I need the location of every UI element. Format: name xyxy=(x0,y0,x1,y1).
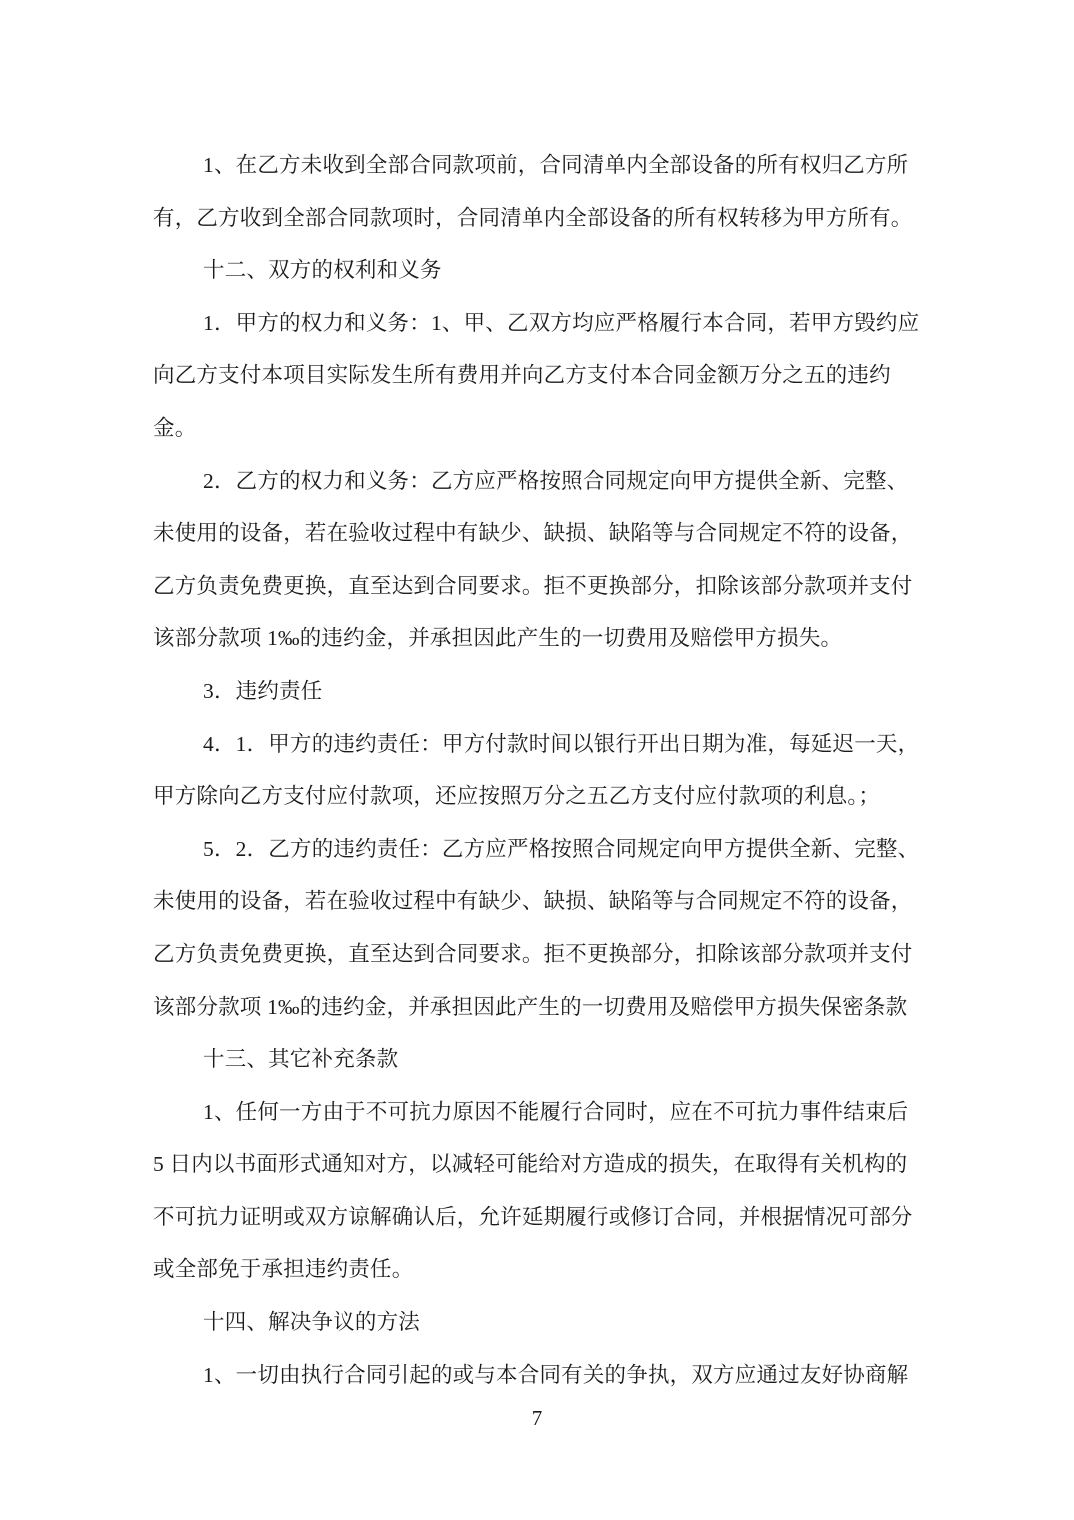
text-line: 该部分款项 1‰的违约金，并承担因此产生的一切费用及赔偿甲方损失保密条款 xyxy=(153,981,928,1034)
heading-line: 十二、双方的权利和义务 xyxy=(153,244,928,297)
text-line: 4．1．甲方的违约责任：甲方付款时间以银行开出日期为准，每延迟一天， xyxy=(153,718,928,771)
text-line: 该部分款项 1‰的违约金，并承担因此产生的一切费用及赔偿甲方损失。 xyxy=(153,612,928,665)
text-line: 或全部免于承担违约责任。 xyxy=(153,1243,928,1296)
text-line: 3．违约责任 xyxy=(153,665,928,718)
text-line: 5．2．乙方的违约责任：乙方应严格按照合同规定向甲方提供全新、完整、 xyxy=(153,823,928,876)
document-body: 1、在乙方未收到全部合同款项前，合同清单内全部设备的所有权归乙方所有，乙方收到全… xyxy=(153,139,928,1401)
text-line: 不可抗力证明或双方谅解确认后，允许延期履行或修订合同，并根据情况可部分 xyxy=(153,1191,928,1244)
text-line: 1、在乙方未收到全部合同款项前，合同清单内全部设备的所有权归乙方所 xyxy=(153,139,928,192)
page-number: 7 xyxy=(0,1402,1074,1435)
text-line: 5 日内以书面形式通知对方，以减轻可能给对方造成的损失，在取得有关机构的 xyxy=(153,1138,928,1191)
text-line: 1．甲方的权力和义务：1、甲、乙双方均应严格履行本合同，若甲方毁约应 xyxy=(153,297,928,350)
heading-line: 十三、其它补充条款 xyxy=(153,1033,928,1086)
contract-page: 1、在乙方未收到全部合同款项前，合同清单内全部设备的所有权归乙方所有，乙方收到全… xyxy=(0,0,1074,1520)
text-line: 2．乙方的权力和义务：乙方应严格按照合同规定向甲方提供全新、完整、 xyxy=(153,455,928,508)
text-line: 金。 xyxy=(153,402,928,455)
text-line: 乙方负责免费更换，直至达到合同要求。拒不更换部分，扣除该部分款项并支付 xyxy=(153,560,928,613)
text-line: 未使用的设备，若在验收过程中有缺少、缺损、缺陷等与合同规定不符的设备， xyxy=(153,507,928,560)
text-line: 1、任何一方由于不可抗力原因不能履行合同时，应在不可抗力事件结束后 xyxy=(153,1086,928,1139)
heading-line: 十四、解决争议的方法 xyxy=(153,1296,928,1349)
text-line: 未使用的设备，若在验收过程中有缺少、缺损、缺陷等与合同规定不符的设备， xyxy=(153,875,928,928)
text-line: 1、一切由执行合同引起的或与本合同有关的争执，双方应通过友好协商解 xyxy=(153,1349,928,1402)
text-line: 乙方负责免费更换，直至达到合同要求。拒不更换部分，扣除该部分款项并支付 xyxy=(153,928,928,981)
text-line: 向乙方支付本项目实际发生所有费用并向乙方支付本合同金额万分之五的违约 xyxy=(153,349,928,402)
text-line: 甲方除向乙方支付应付款项，还应按照万分之五乙方支付应付款项的利息。； xyxy=(153,770,928,823)
text-line: 有，乙方收到全部合同款项时，合同清单内全部设备的所有权转移为甲方所有。 xyxy=(153,192,928,245)
